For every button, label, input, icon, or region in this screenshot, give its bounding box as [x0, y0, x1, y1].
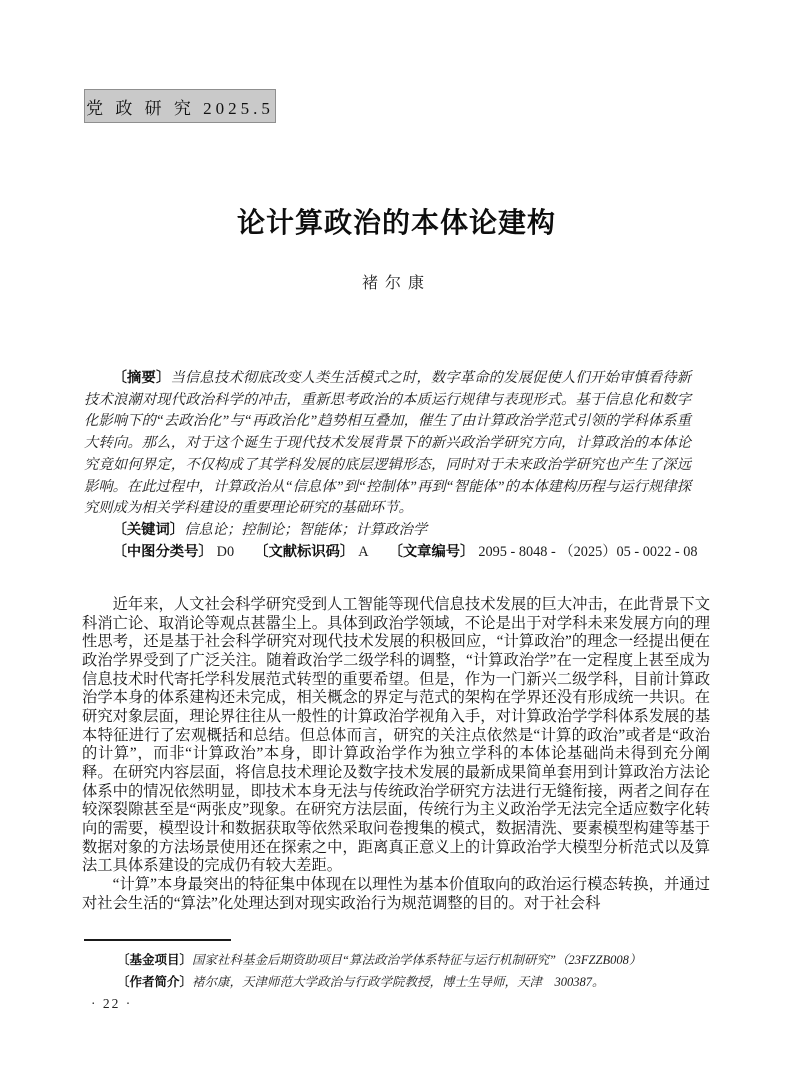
journal-header-text: 党 政 研 究 2025.5: [86, 94, 274, 119]
article-id-label: 〔文章编号〕: [389, 544, 475, 560]
meta-line: 〔中图分类号〕D0〔文献标识码〕A〔文章编号〕2095 - 8048 - （20…: [84, 542, 691, 564]
bio-text: 褚尔康，天津师范大学政治与行政学院教授，博士生导师，天津 300387。: [192, 975, 605, 989]
page-number: · 22 ·: [91, 996, 132, 1012]
doc-code-label: 〔文献标识码〕: [254, 544, 354, 560]
abstract-paragraph: 〔摘要〕当信息技术彻底改变人类生活模式之时，数字革命的发展促使人们开始审慎看待新…: [84, 368, 691, 520]
keywords-label: 〔关键词〕: [113, 522, 184, 538]
fund-label: 〔基金项目〕: [117, 953, 192, 967]
abstract-text: 当信息技术彻底改变人类生活模式之时，数字革命的发展促使人们开始审慎看待新技术浪潮…: [84, 370, 691, 516]
footnote-divider: [84, 939, 231, 941]
footnotes: 〔基金项目〕国家社科基金后期资助项目“算法政治学体系特征与运行机制研究”（23F…: [84, 949, 710, 993]
abstract-label: 〔摘要〕: [113, 370, 171, 386]
article-title: 论计算政治的本体论建构: [0, 201, 793, 241]
clc-value: D0: [217, 544, 234, 560]
body-paragraph-2: “计算”本身最突出的特征集中体现在以理性为基本价值取向的政治运行模态转换，并通过…: [82, 876, 710, 913]
bio-label: 〔作者简介〕: [117, 975, 192, 989]
author-name: 褚尔康: [0, 270, 793, 293]
clc-label: 〔中图分类号〕: [113, 544, 213, 560]
keywords-text: 信息论；控制论；智能体；计算政治学: [184, 522, 427, 538]
body-paragraph-1: 近年来，人文社会科学研究受到人工智能等现代信息技术发展的巨大冲击，在此背景下文科…: [82, 596, 710, 876]
abstract-block: 〔摘要〕当信息技术彻底改变人类生活模式之时，数字革命的发展促使人们开始审慎看待新…: [84, 368, 691, 563]
body-text: 近年来，人文社会科学研究受到人工智能等现代信息技术发展的巨大冲击，在此背景下文科…: [82, 596, 710, 913]
fund-text: 国家社科基金后期资助项目“算法政治学体系特征与运行机制研究”（23FZZB008…: [192, 953, 641, 967]
fund-note: 〔基金项目〕国家社科基金后期资助项目“算法政治学体系特征与运行机制研究”（23F…: [84, 949, 710, 971]
bio-note: 〔作者简介〕褚尔康，天津师范大学政治与行政学院教授，博士生导师，天津 30038…: [84, 971, 710, 993]
journal-header-box: 党 政 研 究 2025.5: [84, 89, 276, 123]
keywords-line: 〔关键词〕信息论；控制论；智能体；计算政治学: [84, 520, 691, 542]
article-id-value: 2095 - 8048 - （2025）05 - 0022 - 08: [478, 544, 697, 560]
doc-code-value: A: [358, 544, 368, 560]
paper-page: 党 政 研 究 2025.5 论计算政治的本体论建构 褚尔康 〔摘要〕当信息技术…: [0, 0, 793, 1077]
